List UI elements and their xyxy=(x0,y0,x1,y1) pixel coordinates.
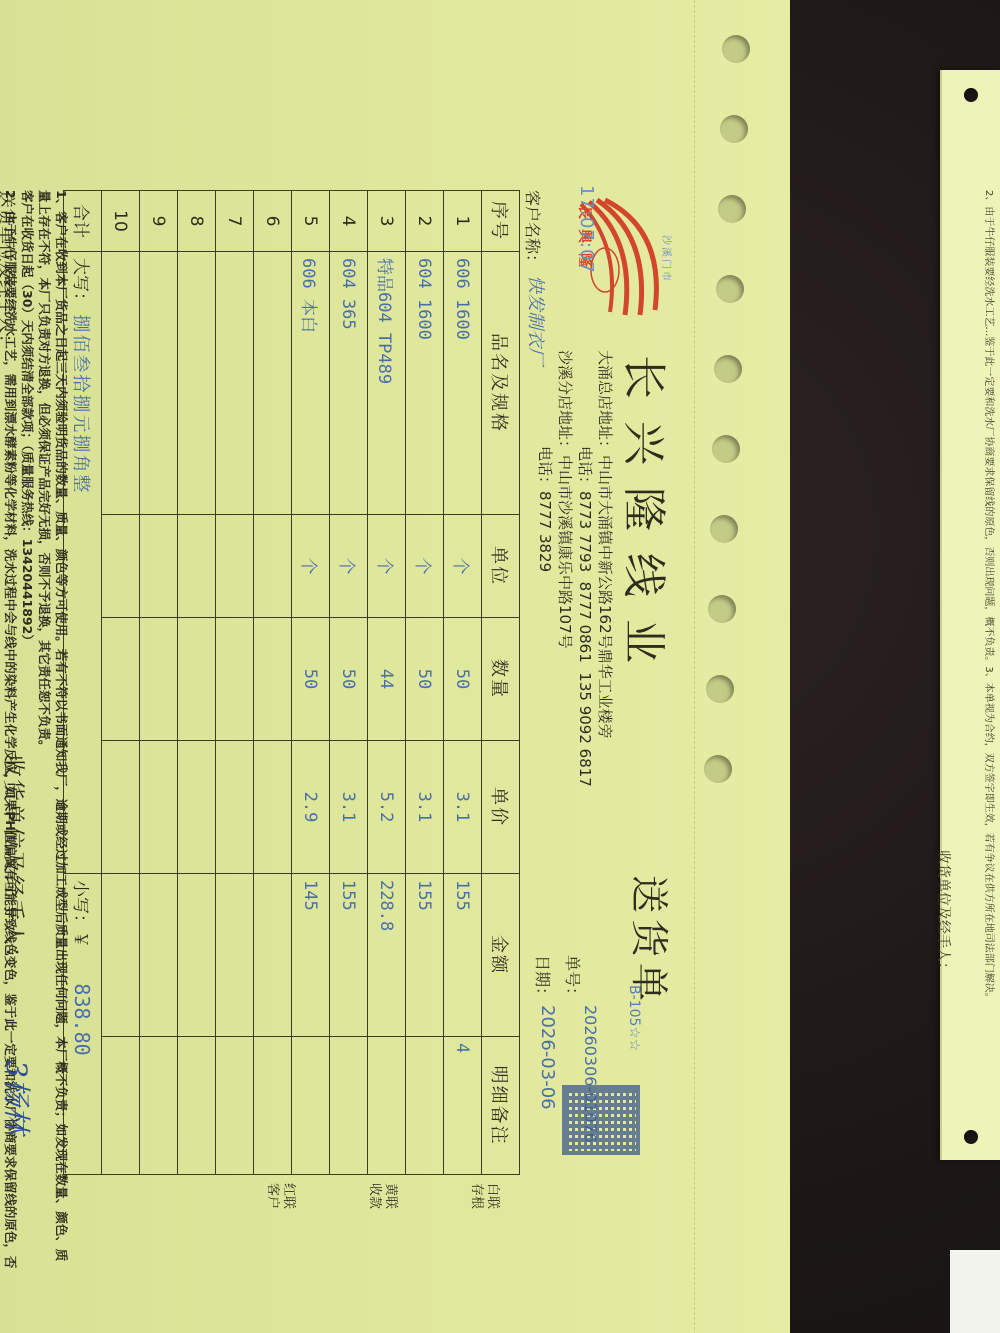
row-unit xyxy=(178,515,216,618)
header-amount: 金额 xyxy=(482,874,520,1037)
row-price: 2.9 xyxy=(292,741,330,874)
row-unit: 个 xyxy=(330,515,368,618)
sender-signature-label: 送货单位及经手人： xyxy=(0,190,20,352)
row-name: 606 1600 xyxy=(444,252,482,515)
punch-hole xyxy=(716,275,744,303)
date-label: 日期： xyxy=(532,955,555,1003)
customer-label: 客户名称： xyxy=(522,190,545,270)
row-unit: 个 xyxy=(444,515,482,618)
row-amount: 155 xyxy=(406,874,444,1037)
row-unit: 个 xyxy=(292,515,330,618)
row-qty xyxy=(254,618,292,741)
row-note xyxy=(216,1037,254,1175)
row-name xyxy=(102,252,140,515)
punch-hole xyxy=(718,195,746,223)
row-no: 1 xyxy=(444,191,482,252)
row-price: 3.1 xyxy=(444,741,482,874)
row-no: 3 xyxy=(368,191,406,252)
row-note xyxy=(178,1037,216,1175)
row-no: 2 xyxy=(406,191,444,252)
qr-code-icon xyxy=(562,1085,640,1155)
punch-hole xyxy=(712,435,740,463)
row-name: 604 1600 xyxy=(406,252,444,515)
row-amount: 145 xyxy=(292,874,330,1037)
row-note xyxy=(140,1037,178,1175)
order-code: B-105☆☆ xyxy=(626,985,642,1051)
row-no: 10 xyxy=(102,191,140,252)
customer-name: 快发制衣厂 xyxy=(524,275,550,365)
header-unit: 单位 xyxy=(482,515,520,618)
copy-labels: 白联存根 黄联收款 红联客户 xyxy=(194,1183,500,1213)
copy-white-stub: 白联存根 xyxy=(468,1183,500,1211)
row-name: 604 365 xyxy=(330,252,368,515)
side-copy-sign-label: 收货单位及经手人： xyxy=(934,850,954,976)
row-unit: 个 xyxy=(406,515,444,618)
row-no: 4 xyxy=(330,191,368,252)
row-name: 606 本白 xyxy=(292,252,330,515)
order-date: 2026-03-06 xyxy=(537,1005,558,1110)
row-name xyxy=(216,252,254,515)
row-note xyxy=(330,1037,368,1175)
row-price: 5.2 xyxy=(368,741,406,874)
row-amount: 155 xyxy=(330,874,368,1037)
underlying-copy-sheet: 2、由于牛仔服装要经洗水工艺…鉴于此一定要和洗水厂协商要求保留线的原色，否则出现… xyxy=(940,70,1000,1160)
print-time: 17:07:07 xyxy=(576,185,597,274)
row-qty: 50 xyxy=(406,618,444,741)
row-price xyxy=(140,741,178,874)
header-name: 品名及规格 xyxy=(482,252,520,515)
row-note xyxy=(102,1037,140,1175)
terms-line: 1、客户在收到本厂货品之日起三天内须验明货品的数量、质量、颜色等方可使用。若有不… xyxy=(36,190,70,1270)
copy-red-customer: 红联客户 xyxy=(264,1183,296,1211)
row-unit xyxy=(140,515,178,618)
row-amount xyxy=(254,874,292,1037)
row-amount xyxy=(102,874,140,1037)
header-no: 序号 xyxy=(482,191,520,252)
receiver-signature: 3杨林 xyxy=(0,1060,38,1134)
row-amount: 155 xyxy=(444,874,482,1037)
row-price xyxy=(216,741,254,874)
phone-line: 电话：8777 3829 xyxy=(535,350,555,787)
row-price xyxy=(102,741,140,874)
table-row: 7 xyxy=(216,191,254,1175)
header-note: 明细备注 xyxy=(482,1037,520,1175)
row-no: 5 xyxy=(292,191,330,252)
row-unit: 个 xyxy=(368,515,406,618)
header-qty: 数量 xyxy=(482,618,520,741)
numeric-total: 838.80 xyxy=(70,983,94,1055)
punch-hole xyxy=(706,675,734,703)
row-price: 3.1 xyxy=(330,741,368,874)
row-qty: 44 xyxy=(368,618,406,741)
company-address: 大涌总店地址：中山市大涌镇中新公路162号鼎华工业楼旁电话：8773 7793 … xyxy=(535,350,615,787)
row-note xyxy=(368,1037,406,1175)
row-name xyxy=(140,252,178,515)
row-no: 8 xyxy=(178,191,216,252)
row-name xyxy=(178,252,216,515)
receiver-signature-label: 收货单位及经手人： xyxy=(0,755,30,971)
row-note xyxy=(254,1037,292,1175)
paper-slip xyxy=(950,1250,1000,1333)
row-qty: 50 xyxy=(444,618,482,741)
punch-hole xyxy=(704,755,732,783)
row-amount: 228.8 xyxy=(368,874,406,1037)
punch-hole xyxy=(964,88,978,102)
row-no: 9 xyxy=(140,191,178,252)
row-name: 特品604 TP489 xyxy=(368,252,406,515)
address-line: 沙溪分店地址：中山市沙溪镇康乐中路107号 xyxy=(555,350,575,787)
table-row: 6 xyxy=(254,191,292,1175)
row-price xyxy=(178,741,216,874)
items-table: 序号 品名及规格 单位 数量 单价 金额 明细备注 1 606 1600 个 5… xyxy=(63,190,520,1175)
row-unit xyxy=(216,515,254,618)
table-row: 3 特品604 TP489 个 44 5.2 228.8 xyxy=(368,191,406,1175)
numeric-label: 小写：￥ xyxy=(70,880,90,948)
row-unit xyxy=(254,515,292,618)
row-note xyxy=(292,1037,330,1175)
table-row: 10 xyxy=(102,191,140,1175)
table-row: 1 606 1600 个 50 3.1 155 4 xyxy=(444,191,482,1175)
company-name: 长兴隆线业 xyxy=(616,355,680,685)
row-no: 7 xyxy=(216,191,254,252)
phone-line: 电话：8773 7793 8777 0861 135 9092 6817 xyxy=(575,350,595,787)
punch-hole xyxy=(722,35,750,63)
row-no: 6 xyxy=(254,191,292,252)
row-qty: 50 xyxy=(330,618,368,741)
table-row: 2 604 1600 个 50 3.1 155 xyxy=(406,191,444,1175)
row-amount xyxy=(216,874,254,1037)
punch-hole xyxy=(720,115,748,143)
row-name xyxy=(254,252,292,515)
row-amount xyxy=(140,874,178,1037)
address-line: 大涌总店地址：中山市大涌镇中新公路162号鼎华工业楼旁 xyxy=(595,350,615,787)
row-amount xyxy=(178,874,216,1037)
order-no-label: 单号： xyxy=(562,955,585,1003)
row-note xyxy=(406,1037,444,1175)
row-qty: 50 xyxy=(292,618,330,741)
header-price: 单价 xyxy=(482,741,520,874)
row-qty xyxy=(140,618,178,741)
table-row: 8 xyxy=(178,191,216,1175)
capital-amount: 捌佰叁拾捌元捌角整 xyxy=(71,314,92,494)
table-row: 9 xyxy=(140,191,178,1175)
table-row: 5 606 本白 个 50 2.9 145 xyxy=(292,191,330,1175)
punch-hole xyxy=(714,355,742,383)
row-unit xyxy=(102,515,140,618)
row-qty xyxy=(178,618,216,741)
row-qty xyxy=(216,618,254,741)
row-price xyxy=(254,741,292,874)
side-copy-terms: 2、由于牛仔服装要经洗水工艺…鉴于此一定要和洗水厂协商要求保留线的原色，否则出现… xyxy=(950,190,995,1190)
row-note: 4 xyxy=(444,1037,482,1175)
table-header-row: 序号 品名及规格 单位 数量 单价 金额 明细备注 xyxy=(482,191,520,1175)
copy-yellow-payment: 黄联收款 xyxy=(366,1183,398,1211)
capital-label: 大写： xyxy=(71,258,91,309)
perforation-line xyxy=(694,0,695,1333)
table-row: 4 604 365 个 50 3.1 155 xyxy=(330,191,368,1175)
punch-hole xyxy=(708,595,736,623)
delivery-note-sheet: 沙溪门市 長興隆 17:07:07 长兴隆线业 送货单 大涌总店地址：中山市大涌… xyxy=(0,0,790,1333)
punch-hole xyxy=(710,515,738,543)
row-qty xyxy=(102,618,140,741)
row-price: 3.1 xyxy=(406,741,444,874)
